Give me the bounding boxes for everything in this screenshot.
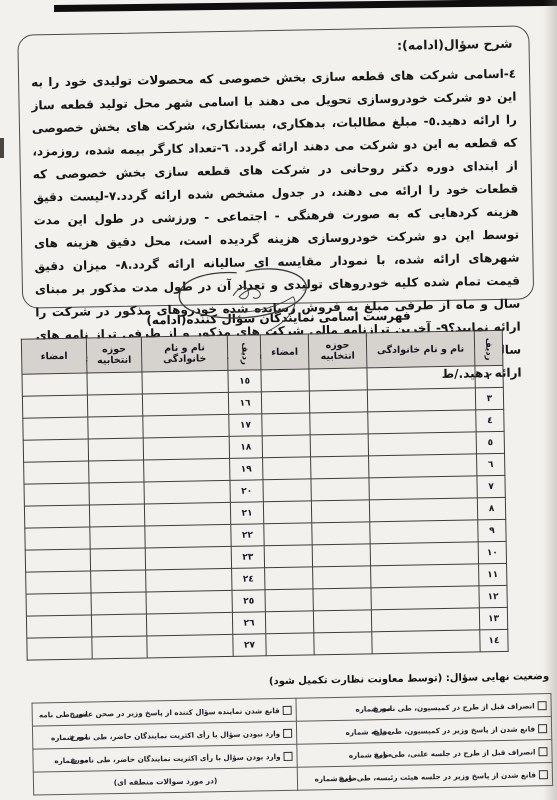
- name-cell: [146, 590, 232, 614]
- district-cell: [87, 372, 142, 395]
- signature-cell: [262, 435, 310, 458]
- signature-cell: [264, 523, 312, 546]
- row-number-cell: ٢٢: [231, 524, 264, 547]
- signature-cell: [261, 391, 309, 414]
- signature-cell: [27, 637, 92, 660]
- district-cell: [91, 592, 146, 615]
- signature-cell: [265, 589, 313, 612]
- row-number-cell: ٢٣: [231, 546, 264, 569]
- district-cell: [313, 610, 371, 633]
- roster-table-body: ٢١٥٣١٦٤١٧٥١٨٦١٩٧٢٠٨٢١٩٢٢١٠٢٣١١٢٤١٢٢٥١٣٢٦…: [22, 365, 508, 660]
- name-cell: [370, 542, 478, 566]
- district-cell: [88, 416, 143, 439]
- header-district-left: حوزه انتخابیه: [86, 337, 142, 373]
- name-cell: [142, 370, 228, 394]
- row-number-cell: ١١: [479, 563, 507, 586]
- document-sheet: شرح سؤال(ادامه): ٤-اسامی شرکت های قطعه س…: [0, 0, 557, 800]
- name-cell: [369, 454, 477, 478]
- signature-cell: [26, 615, 91, 638]
- name-cell: [369, 498, 477, 522]
- row-number-cell: ٣: [475, 387, 503, 410]
- name-cell: [144, 480, 230, 504]
- name-cell: [146, 568, 232, 592]
- regional-note: (در مورد سوالات منطقه ای): [38, 774, 293, 788]
- district-cell: [88, 438, 143, 461]
- signature-cell: [261, 369, 309, 392]
- name-cell: [371, 608, 479, 632]
- signature-cell: [24, 505, 89, 528]
- row-number-cell: ١٣: [479, 607, 507, 630]
- name-cell: [146, 612, 232, 636]
- scan-speck-artifact: [0, 138, 4, 158]
- final-status-label: وضعیت نهایی سؤال: (توسط معاونت نظارت تکم…: [269, 671, 549, 687]
- name-cell: [369, 476, 477, 500]
- signature-cell: [24, 461, 89, 484]
- district-cell: [309, 368, 367, 391]
- district-cell: [91, 614, 146, 637]
- row-number-cell: ٦: [477, 453, 505, 476]
- district-cell: [313, 588, 371, 611]
- name-cell: [371, 564, 479, 588]
- row-number-cell: ٩: [478, 519, 506, 542]
- signature-cell: [23, 417, 88, 440]
- district-cell: [310, 412, 368, 435]
- row-number-cell: ٢٧: [233, 634, 266, 657]
- signature-scribble: [170, 258, 322, 345]
- signature-cell: [266, 633, 314, 656]
- district-cell: [314, 632, 372, 655]
- name-cell: [147, 634, 233, 658]
- district-cell: [91, 570, 146, 593]
- signature-cell: [25, 527, 90, 550]
- status-options-table: انصراف قبل از طرح در کمیسیون، طی نامه شم…: [32, 693, 554, 796]
- row-number-cell: ١٢: [479, 585, 507, 608]
- district-cell: [89, 504, 144, 527]
- row-number-cell: ٢٥: [232, 590, 265, 613]
- row-number-cell: ٢٠: [230, 480, 263, 503]
- district-cell: [87, 394, 142, 417]
- name-cell: [143, 436, 229, 460]
- district-cell: [310, 434, 368, 457]
- name-cell: [368, 432, 476, 456]
- signature-cell: [23, 439, 88, 462]
- name-cell: [144, 502, 230, 526]
- row-number-cell: ١٤: [480, 629, 508, 652]
- row-number-cell: ١٠: [478, 541, 506, 564]
- row-number-cell: ٤: [476, 409, 504, 432]
- name-cell: [371, 586, 479, 610]
- question-description-box: شرح سؤال(ادامه): ٤-اسامی شرکت های قطعه س…: [17, 25, 534, 308]
- row-number-cell: ٢١: [230, 502, 263, 525]
- row-number-cell: ١٧: [229, 414, 262, 437]
- header-name-right: نام و نام خانوادگی: [366, 331, 475, 368]
- signature-cell: [262, 413, 310, 436]
- checkbox-icon: [283, 728, 292, 737]
- signature-cell: [24, 483, 89, 506]
- checkbox-icon: [538, 747, 547, 756]
- row-number-cell: ٢: [475, 365, 503, 388]
- name-cell: [143, 414, 229, 438]
- row-number-cell: ١٨: [229, 436, 262, 459]
- name-cell: [144, 458, 230, 482]
- district-cell: [311, 500, 369, 523]
- district-cell: [312, 544, 370, 567]
- checkbox-icon: [539, 770, 548, 779]
- signature-cell: [264, 545, 312, 568]
- signature-cell: [26, 571, 91, 594]
- name-cell: [367, 388, 475, 412]
- checkbox-icon: [538, 724, 547, 733]
- name-cell: [367, 366, 475, 390]
- scanned-document-page: { "question_box": { "heading": "شرح سؤال…: [0, 0, 557, 800]
- signature-cell: [22, 395, 87, 418]
- checkbox-icon: [538, 701, 547, 710]
- name-cell: [372, 630, 480, 654]
- header-row-number-right: ردیف: [474, 330, 503, 366]
- name-cell: [145, 524, 231, 548]
- district-cell: [311, 478, 369, 501]
- header-signature-left: امضاء: [21, 338, 87, 374]
- roster-table: ردیف نام و نام خانوادگی حوزه انتخابیه ام…: [21, 330, 509, 661]
- district-cell: [309, 390, 367, 413]
- signature-cell: [22, 373, 87, 396]
- signature-cell: [265, 567, 313, 590]
- row-number-cell: ٧: [477, 475, 505, 498]
- signature-cell: [26, 593, 91, 616]
- row-number-cell: ٢٤: [232, 568, 265, 591]
- row-number-cell: ٢٦: [232, 612, 265, 635]
- question-box-heading: شرح سؤال(ادامه):: [397, 36, 513, 53]
- signature-cell: [265, 611, 313, 634]
- row-number-cell: ١٦: [228, 392, 261, 415]
- district-cell: [311, 456, 369, 479]
- row-number-cell: ٨: [477, 497, 505, 520]
- status-cell: قانع شدن از پاسخ وزیر در جلسه هیئت رئیسه…: [297, 763, 552, 791]
- district-cell: [92, 636, 147, 659]
- checkbox-icon: [283, 705, 292, 714]
- name-cell: [368, 410, 476, 434]
- name-cell: [145, 546, 231, 570]
- district-cell: [313, 566, 371, 589]
- district-cell: [90, 548, 145, 571]
- checkbox-icon: [283, 751, 292, 760]
- signature-cell: [263, 501, 311, 524]
- row-number-cell: ١٥: [228, 370, 261, 393]
- name-cell: [142, 392, 228, 416]
- regional-note-cell: (در مورد سوالات منطقه ای): [33, 767, 297, 795]
- signature-cell: [263, 457, 311, 480]
- signature-cell: [263, 479, 311, 502]
- name-cell: [370, 520, 478, 544]
- district-cell: [312, 522, 370, 545]
- district-cell: [89, 482, 144, 505]
- row-number-cell: ٥: [476, 431, 504, 454]
- district-cell: [90, 526, 145, 549]
- signature-cell: [25, 549, 90, 572]
- row-number-cell: ١٩: [230, 458, 263, 481]
- district-cell: [89, 460, 144, 483]
